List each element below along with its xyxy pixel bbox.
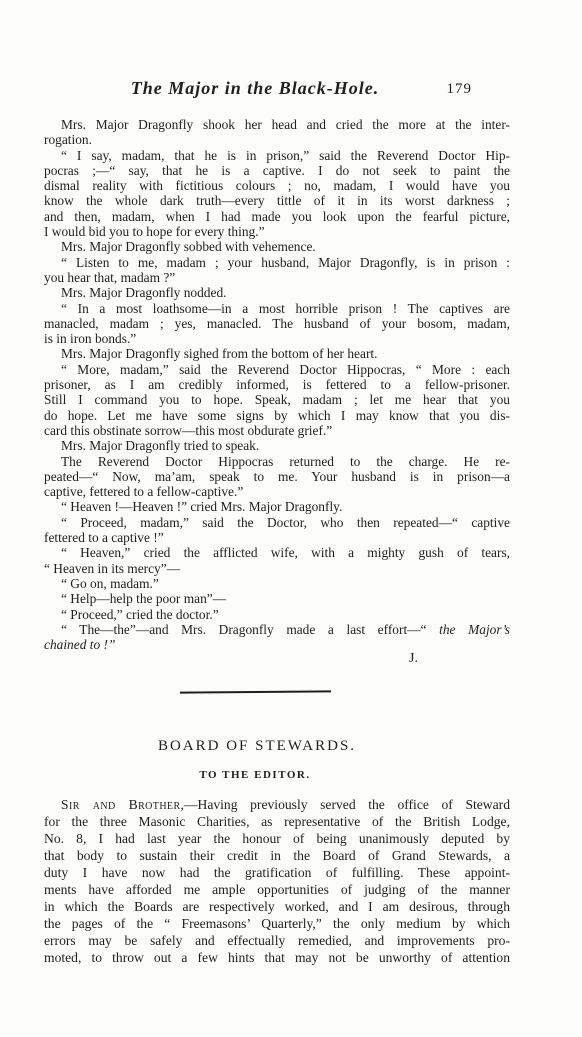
text-line: “ Proceed,” cried the doctor.” [44, 607, 510, 622]
text-line: Mrs. Major Dragonfly sobbed with vehemen… [44, 239, 510, 254]
text-line: “ Heaven,” cried the afflicted wife, wit… [44, 545, 510, 560]
text-line: Still I command you to hope. Speak, mada… [44, 392, 510, 407]
section-divider-rule [180, 690, 331, 693]
text-line: card this obstinate sorrow—this most obd… [44, 423, 510, 438]
page-number: 179 [447, 79, 473, 99]
article-subheading: TO THE EDITOR. [22, 769, 488, 782]
text-line: “ The—the”—and Mrs. Dragonfly made a las… [44, 622, 510, 637]
text-line: rogation. [44, 132, 510, 147]
text-line: errors may be safely and effectually rem… [44, 932, 510, 949]
text-line: duty I have now had the gratification of… [44, 864, 510, 881]
text-line: prisoner, as I am credibly informed, is … [44, 377, 510, 392]
text-line: do hope. Let me have some signs by which… [44, 408, 510, 423]
author-signature: J. [409, 651, 418, 667]
text-line: “ Listen to me, madam ; your husband, Ma… [44, 255, 510, 270]
scanned-book-page: The Major in the Black-Hole. 179 Mrs. Ma… [0, 0, 582, 1037]
text-line: Mrs. Major Dragonfly nodded. [44, 285, 510, 300]
text-line: moted, to throw out a few hints that may… [44, 949, 510, 966]
text-line: fettered to a captive !” [44, 530, 510, 545]
text-line: chained to !” [44, 637, 510, 652]
text-line: peated—“ Now, ma’am, speak to me. Your h… [44, 469, 510, 484]
small-caps-text: Sir and Brother [61, 797, 181, 812]
text-line: the pages of the “ Freemasons’ Quarterly… [44, 915, 510, 932]
italic-text: chained to !” [44, 637, 115, 652]
text-line: No. 8, I had last year the honour of bei… [44, 830, 510, 847]
text-line: “ Go on, madam.” [44, 576, 510, 591]
text-line: “ More, madam,” said the Reverend Doctor… [44, 362, 510, 377]
text-line: and then, madam, when I had made you loo… [44, 209, 510, 224]
text-line: you hear that, madam ?” [44, 270, 510, 285]
article-heading: BOARD OF STEWARDS. [24, 738, 490, 755]
letter-text-block: Sir and Brother,—Having previously serve… [44, 796, 510, 966]
text-line: “ Proceed, madam,” said the Doctor, who … [44, 515, 510, 530]
page-header: The Major in the Black-Hole. 179 [44, 78, 510, 98]
text-line: “ I say, madam, that he is in prison,” s… [44, 148, 510, 163]
text-line: “ Help—help the poor man”— [44, 591, 510, 606]
text-line: “ Heaven in its mercy”— [44, 561, 510, 576]
text-line: ments have afforded me ample opportuniti… [44, 881, 510, 898]
text-line: “ In a most loathsome—in a most horrible… [44, 301, 510, 316]
text-line: Mrs. Major Dragonfly tried to speak. [44, 438, 510, 453]
text-line: captive, fettered to a fellow-captive.” [44, 484, 510, 499]
text-line: I would bid you to hope for every thing.… [44, 224, 510, 239]
text-line: “ Heaven !—Heaven !” cried Mrs. Major Dr… [44, 499, 510, 514]
text-line: in which the Boards are respectively wor… [44, 898, 510, 915]
text-line: that body to sustain their credit in the… [44, 847, 510, 864]
text-line: know the whole dark truth—every tittle o… [44, 193, 510, 208]
text-line: manacled, madam ; yes, manacled. The hus… [44, 316, 510, 331]
running-title: The Major in the Black-Hole. [22, 78, 488, 98]
story-text-block: Mrs. Major Dragonfly shook her head and … [44, 117, 510, 652]
text-line: is in iron bonds.” [44, 331, 510, 346]
text-line: dismal reality with fictitious colours ;… [44, 178, 510, 193]
text-line: The Reverend Doctor Hippocras returned t… [44, 454, 510, 469]
text-line: Mrs. Major Dragonfly sighed from the bot… [44, 346, 510, 361]
text-line: for the three Masonic Charities, as repr… [44, 813, 510, 830]
italic-text: the Major’s [439, 622, 510, 637]
text-line: pocras ;—“ say, that he is a captive. I … [44, 163, 510, 178]
text-line: Sir and Brother,—Having previously serve… [44, 796, 510, 813]
text-line: Mrs. Major Dragonfly shook her head and … [44, 117, 510, 132]
